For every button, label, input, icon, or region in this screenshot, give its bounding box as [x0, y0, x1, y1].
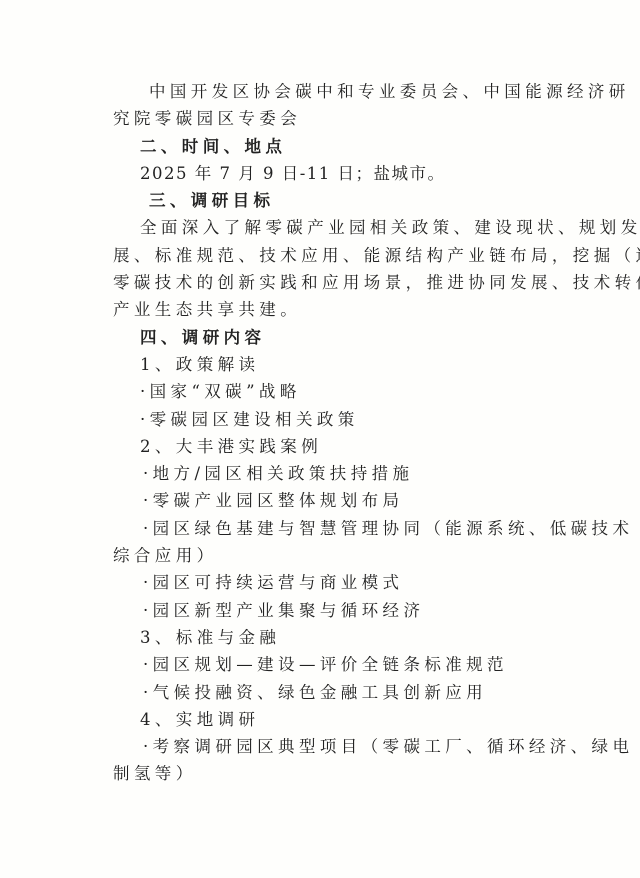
- bullet-item-continued: 制氢等）: [113, 760, 547, 787]
- objectives-paragraph-line: 全面深入了解零碳产业园相关政策、建设现状、规划发: [113, 214, 547, 241]
- subsection-title: 1、政策解读: [113, 351, 547, 378]
- bullet-item: ·气候投融资、绿色金融工具创新应用: [113, 679, 547, 706]
- objectives-paragraph-line: 产业生态共享共建。: [113, 296, 547, 323]
- objectives-paragraph-line: 零碳技术的创新实践和应用场景，推进协同发展、技术转化、: [113, 269, 547, 296]
- bullet-item: ·考察调研园区典型项目（零碳工厂、循环经济、绿电: [113, 733, 547, 760]
- bullet-item: ·零碳产业园区整体规划布局: [113, 487, 547, 514]
- organizers-line-continued: 究院零碳园区专委会: [113, 105, 547, 132]
- subsection-title: 3、标准与金融: [113, 624, 547, 651]
- objectives-paragraph-line: 展、标准规范、技术应用、能源结构产业链布局，挖掘（近）: [113, 242, 547, 269]
- bullet-item: ·园区新型产业集聚与循环经济: [113, 597, 547, 624]
- time-place-text: 2025 年 7 月 9 日-11 日；盐城市。: [113, 160, 547, 187]
- bullet-item-continued: 综合应用）: [113, 542, 547, 569]
- bullet-item: ·园区可持续运营与商业模式: [113, 569, 547, 596]
- document-body: 中国开发区协会碳中和专业委员会、中国能源经济研 究院零碳园区专委会 二、时间、地…: [113, 78, 547, 788]
- bullet-item: ·零碳园区建设相关政策: [113, 406, 547, 433]
- section-heading-contents: 四、调研内容: [113, 324, 547, 351]
- bullet-item: ·园区规划—建设—评价全链条标准规范: [113, 651, 547, 678]
- subsection-title: 2、大丰港实践案例: [113, 433, 547, 460]
- subsection-title: 4、实地调研: [113, 706, 547, 733]
- section-heading-time-place: 二、时间、地点: [113, 133, 547, 160]
- organizers-line: 中国开发区协会碳中和专业委员会、中国能源经济研: [113, 78, 547, 105]
- section-heading-objectives: 三、调研目标: [113, 187, 547, 214]
- bullet-item: ·国家“双碳”战略: [113, 378, 547, 405]
- document-page: 中国开发区协会碳中和专业委员会、中国能源经济研 究院零碳园区专委会 二、时间、地…: [0, 0, 640, 878]
- bullet-item: ·地方/园区相关政策扶持措施: [113, 460, 547, 487]
- bullet-item: ·园区绿色基建与智慧管理协同（能源系统、低碳技术: [113, 515, 547, 542]
